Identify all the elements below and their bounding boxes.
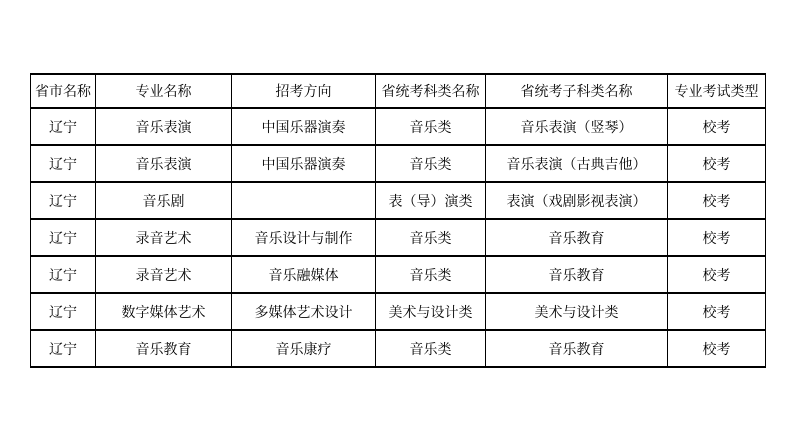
- table-cell: 音乐表演（古典吉他）: [486, 145, 668, 182]
- table-cell: 音乐康疗: [232, 330, 376, 367]
- table-row: 辽宁音乐表演中国乐器演奏音乐类音乐表演（竖琴）校考: [31, 108, 766, 145]
- table-cell: 辽宁: [31, 182, 96, 219]
- table-header: 省市名称 专业名称 招考方向 省统考科类名称 省统考子科类名称 专业考试类型: [31, 74, 766, 108]
- column-header-direction: 招考方向: [232, 74, 376, 108]
- table-cell: 美术与设计类: [376, 293, 486, 330]
- table-cell: 音乐教育: [96, 330, 232, 367]
- table-cell: 校考: [668, 145, 766, 182]
- exam-categories-table: 省市名称 专业名称 招考方向 省统考科类名称 省统考子科类名称 专业考试类型 辽…: [30, 73, 766, 368]
- table-cell: 音乐融媒体: [232, 256, 376, 293]
- table-cell: 辽宁: [31, 330, 96, 367]
- table-cell: 录音艺术: [96, 256, 232, 293]
- table-cell: 校考: [668, 330, 766, 367]
- table-row: 辽宁音乐教育音乐康疗音乐类音乐教育校考: [31, 330, 766, 367]
- table-cell: 校考: [668, 293, 766, 330]
- table-cell: 表（导）演类: [376, 182, 486, 219]
- table-cell: 音乐类: [376, 330, 486, 367]
- table-cell: 中国乐器演奏: [232, 145, 376, 182]
- table-cell: 校考: [668, 256, 766, 293]
- column-header-province: 省市名称: [31, 74, 96, 108]
- column-header-exam-subcategory: 省统考子科类名称: [486, 74, 668, 108]
- table-cell: 音乐类: [376, 256, 486, 293]
- table-cell: 音乐类: [376, 145, 486, 182]
- table-cell: 数字媒体艺术: [96, 293, 232, 330]
- table-cell: 辽宁: [31, 108, 96, 145]
- table-row: 辽宁录音艺术音乐融媒体音乐类音乐教育校考: [31, 256, 766, 293]
- table-cell: 辽宁: [31, 293, 96, 330]
- table-cell: 校考: [668, 182, 766, 219]
- table-row: 辽宁数字媒体艺术多媒体艺术设计美术与设计类美术与设计类校考: [31, 293, 766, 330]
- table-row: 辽宁音乐剧表（导）演类表演（戏剧影视表演）校考: [31, 182, 766, 219]
- header-row: 省市名称 专业名称 招考方向 省统考科类名称 省统考子科类名称 专业考试类型: [31, 74, 766, 108]
- document-page: 省市名称 专业名称 招考方向 省统考科类名称 省统考子科类名称 专业考试类型 辽…: [0, 0, 794, 431]
- table-cell: 音乐教育: [486, 219, 668, 256]
- table-cell: 中国乐器演奏: [232, 108, 376, 145]
- table-cell: 表演（戏剧影视表演）: [486, 182, 668, 219]
- table-cell: 音乐剧: [96, 182, 232, 219]
- table-cell: 音乐表演: [96, 145, 232, 182]
- table-cell: 辽宁: [31, 256, 96, 293]
- table-cell: 多媒体艺术设计: [232, 293, 376, 330]
- table-body: 辽宁音乐表演中国乐器演奏音乐类音乐表演（竖琴）校考辽宁音乐表演中国乐器演奏音乐类…: [31, 108, 766, 367]
- table-row: 辽宁音乐表演中国乐器演奏音乐类音乐表演（古典吉他）校考: [31, 145, 766, 182]
- table-cell: 校考: [668, 108, 766, 145]
- table-cell: 美术与设计类: [486, 293, 668, 330]
- table-cell: 音乐类: [376, 108, 486, 145]
- table-cell: 校考: [668, 219, 766, 256]
- table-cell: 音乐教育: [486, 256, 668, 293]
- column-header-exam-category: 省统考科类名称: [376, 74, 486, 108]
- table-cell: 录音艺术: [96, 219, 232, 256]
- column-header-major: 专业名称: [96, 74, 232, 108]
- table-cell: 音乐设计与制作: [232, 219, 376, 256]
- table-cell: 音乐表演: [96, 108, 232, 145]
- column-header-exam-type: 专业考试类型: [668, 74, 766, 108]
- table-cell: 辽宁: [31, 145, 96, 182]
- table-row: 辽宁录音艺术音乐设计与制作音乐类音乐教育校考: [31, 219, 766, 256]
- table-cell: 音乐类: [376, 219, 486, 256]
- table-cell: 辽宁: [31, 219, 96, 256]
- table-cell: 音乐教育: [486, 330, 668, 367]
- table-cell: 音乐表演（竖琴）: [486, 108, 668, 145]
- table-cell: [232, 182, 376, 219]
